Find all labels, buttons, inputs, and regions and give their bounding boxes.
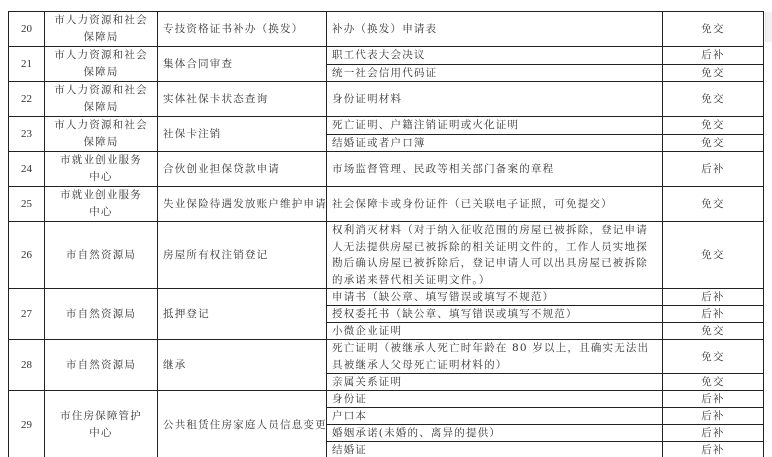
material: 职工代表大会决议 xyxy=(327,47,663,65)
material: 死亡证明、户籍注销证明或火化证明 xyxy=(327,117,663,135)
material-status: 免交 xyxy=(663,323,764,340)
row-number: 29 xyxy=(9,391,45,457)
material: 权利消灭材料（对于纳入征收范围的房屋已被拆除，登记申请人无法提供房屋已被拆除的相… xyxy=(327,222,663,289)
materials-table: 20 市人力资源和社会保障局 专技资格证书补办（换发） 补办（换发）申请表 免交… xyxy=(8,11,764,457)
department: 市人力资源和社会保障局 xyxy=(45,12,158,47)
material: 身份证 xyxy=(327,391,663,408)
table-row: 27 市自然资源局 抵押登记 申请书（缺公章、填写错误或填写不规范） 后补 xyxy=(9,289,764,306)
table-row: 28 市自然资源局 继承 死亡证明（被继承人死亡时年龄在 80 岁以上，且确实无… xyxy=(9,340,764,374)
material-status: 后补 xyxy=(663,391,764,408)
material-status: 免交 xyxy=(663,64,764,82)
service-item: 房屋所有权注销登记 xyxy=(158,222,327,289)
material: 身份证明材料 xyxy=(327,82,663,117)
material-status: 后补 xyxy=(663,47,764,65)
material: 亲属关系证明 xyxy=(327,374,663,391)
department: 市自然资源局 xyxy=(45,340,158,391)
row-number: 25 xyxy=(9,187,45,222)
material-status: 后补 xyxy=(663,408,764,425)
row-number: 23 xyxy=(9,117,45,152)
row-number: 21 xyxy=(9,47,45,82)
table-row: 24 市就业创业服务中心 合伙创业担保贷款申请 市场监督管理、民政等相关部门备案… xyxy=(9,152,764,187)
service-item: 失业保险待遇发放账户维护申请 xyxy=(158,187,327,222)
material-status: 免交 xyxy=(663,82,764,117)
material: 申请书（缺公章、填写错误或填写不规范） xyxy=(327,289,663,306)
department: 市就业创业服务中心 xyxy=(45,152,158,187)
service-item: 继承 xyxy=(158,340,327,391)
department: 市自然资源局 xyxy=(45,289,158,340)
side-scroll-tab xyxy=(765,12,772,42)
row-number: 24 xyxy=(9,152,45,187)
row-number: 26 xyxy=(9,222,45,289)
row-number: 27 xyxy=(9,289,45,340)
department: 市人力资源和社会保障局 xyxy=(45,117,158,152)
table-row: 21 市人力资源和社会保障局 集体合同审查 职工代表大会决议 后补 xyxy=(9,47,764,65)
table-row: 22 市人力资源和社会保障局 实体社保卡状态查询 身份证明材料 免交 xyxy=(9,82,764,117)
row-number: 22 xyxy=(9,82,45,117)
material-status: 免交 xyxy=(663,12,764,47)
material: 小微企业证明 xyxy=(327,323,663,340)
department: 市人力资源和社会保障局 xyxy=(45,47,158,82)
material-status: 免交 xyxy=(663,187,764,222)
service-item: 公共租赁住房家庭人员信息变更 xyxy=(158,391,327,457)
material-status: 免交 xyxy=(663,340,764,374)
row-number: 20 xyxy=(9,12,45,47)
material: 结婚证或者户口簿 xyxy=(327,134,663,152)
material: 授权委托书（缺公章、填写错误或填写不规范） xyxy=(327,306,663,323)
department: 市自然资源局 xyxy=(45,222,158,289)
material-status: 后补 xyxy=(663,442,764,457)
material: 市场监督管理、民政等相关部门备案的章程 xyxy=(327,152,663,187)
material-status: 免交 xyxy=(663,117,764,135)
material: 补办（换发）申请表 xyxy=(327,12,663,47)
material-status: 后补 xyxy=(663,152,764,187)
material: 社会保障卡或身份证件（已关联电子证照，可免提交） xyxy=(327,187,663,222)
material-status: 免交 xyxy=(663,374,764,391)
table-row: 20 市人力资源和社会保障局 专技资格证书补办（换发） 补办（换发）申请表 免交 xyxy=(9,12,764,47)
department: 市人力资源和社会保障局 xyxy=(45,82,158,117)
service-item: 抵押登记 xyxy=(158,289,327,340)
material: 结婚证 xyxy=(327,442,663,457)
department: 市住房保障管护中心 xyxy=(45,391,158,457)
service-item: 合伙创业担保贷款申请 xyxy=(158,152,327,187)
material: 户口本 xyxy=(327,408,663,425)
table-row: 29 市住房保障管护中心 公共租赁住房家庭人员信息变更 身份证 后补 xyxy=(9,391,764,408)
department: 市就业创业服务中心 xyxy=(45,187,158,222)
table-row: 25 市就业创业服务中心 失业保险待遇发放账户维护申请 社会保障卡或身份证件（已… xyxy=(9,187,764,222)
table-row: 26 市自然资源局 房屋所有权注销登记 权利消灭材料（对于纳入征收范围的房屋已被… xyxy=(9,222,764,289)
material-status: 免交 xyxy=(663,134,764,152)
material-status: 后补 xyxy=(663,306,764,323)
material-status: 后补 xyxy=(663,425,764,442)
service-item: 集体合同审查 xyxy=(158,47,327,82)
service-item: 专技资格证书补办（换发） xyxy=(158,12,327,47)
material-status: 后补 xyxy=(663,289,764,306)
service-item: 实体社保卡状态查询 xyxy=(158,82,327,117)
material-status: 免交 xyxy=(663,222,764,289)
material: 死亡证明（被继承人死亡时年龄在 80 岁以上，且确实无法出具被继承人父母死亡证明… xyxy=(327,340,663,374)
service-item: 社保卡注销 xyxy=(158,117,327,152)
table-row: 23 市人力资源和社会保障局 社保卡注销 死亡证明、户籍注销证明或火化证明 免交 xyxy=(9,117,764,135)
material: 婚姻承诺(未婚的、离异的提供） xyxy=(327,425,663,442)
row-number: 28 xyxy=(9,340,45,391)
material: 统一社会信用代码证 xyxy=(327,64,663,82)
